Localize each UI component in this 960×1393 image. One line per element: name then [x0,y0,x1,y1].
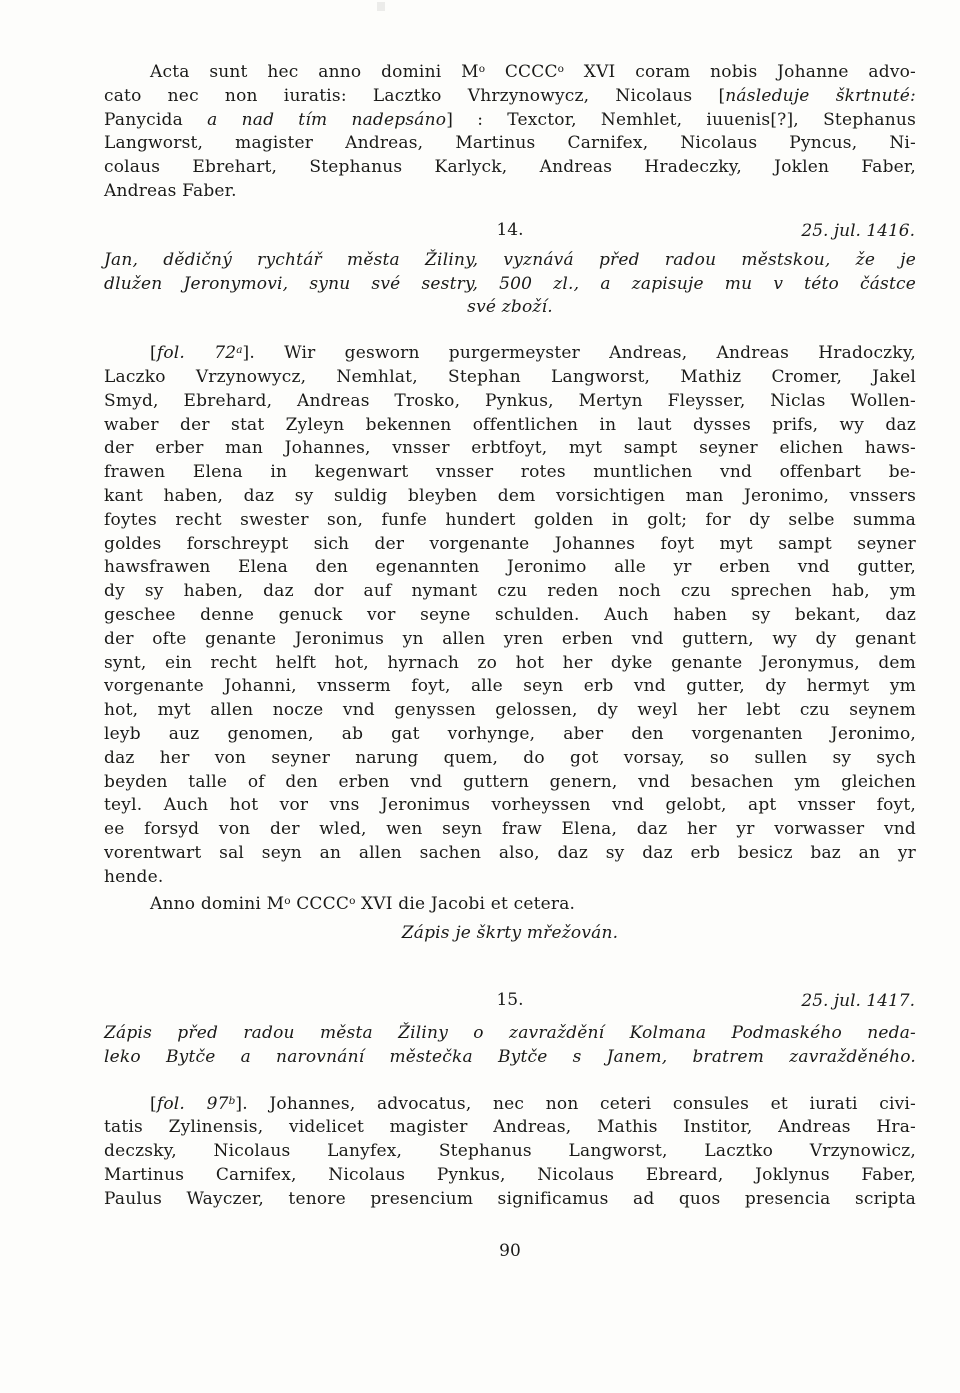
text-line: dy sy haben, daz dor auf nymant czu rede… [104,580,916,604]
text-line: der ofte genante Jeronimus yn allen yren… [104,628,916,652]
text-line: Panycida a nad tím nadepsáno] : Texctor,… [104,109,916,133]
text-line: Zápis před radou města Žiliny o zavraždě… [104,1022,916,1046]
text-line: beyden talle of den erben vnd guttern ge… [104,771,916,795]
text-line: ee forsyd von der wled, wen seyn fraw El… [104,818,916,842]
entry14-headnote: Jan, dědičný rychtář města Žiliny, vyzná… [104,249,916,320]
page-number-text: 90 [499,1241,521,1261]
text-line: Paulus Wayczer, tenore presencium signif… [104,1188,916,1212]
entry15-header: 15. 25. jul. 1417. [104,990,916,1014]
text-line: Langworst, magister Andreas, Martinus Ca… [104,132,916,156]
text-line: teyl. Auch hot vor vns Jeronimus vorheys… [104,794,916,818]
text-line: vorentwart sal seyn an allen sachen also… [104,842,916,866]
text-line: kant haben, daz sy suldig bleyben dem vo… [104,485,916,509]
text-column: Acta sunt hec anno domini Mo CCCCo XVI c… [104,58,916,1263]
entry15-headnote: Zápis před radou města Žiliny o zavraždě… [104,1022,916,1070]
page-number: 90 [104,1240,916,1264]
text-line: hende. [104,866,916,890]
text-line: goldes forschreypt sich der vorgenante J… [104,533,916,557]
text-line: Zápis je škrty mřežován. [104,922,916,946]
paragraph-entry13-continuation: Acta sunt hec anno domini Mo CCCCo XVI c… [104,58,916,204]
text-line: Laczko Vrzynowycz, Nemhlat, Stephan Lang… [104,366,916,390]
text-line: der erber man Johannes, vnsser erbtfoyt,… [104,437,916,461]
text-line: hawsfrawen Elena den egenannten Jeronimo… [104,556,916,580]
text-line: cato nec non iuratis: Lacztko Vhrzynowyc… [104,85,916,109]
entry14-body: [fol. 72a]. Wir gesworn purgermeyster An… [104,339,916,916]
text-line: své zboží. [104,296,916,320]
text-line: tatis Zylinensis, videlicet magister And… [104,1116,916,1140]
text-line: Jan, dědičný rychtář města Žiliny, vyzná… [104,249,916,273]
book-page: Acta sunt hec anno domini Mo CCCCo XVI c… [0,0,960,1393]
text-line: hot, myt allen nocze vnd genyssen geloss… [104,699,916,723]
text-line: [fol. 97b]. Johannes, advocatus, nec non… [104,1090,916,1117]
text-line: leyb auz genomen, ab gat vorhynge, aber … [104,723,916,747]
scan-artifact [377,2,385,11]
text-line: dlužen Jeronymovi, synu své sestry, 500 … [104,273,916,297]
entry15-date: 25. jul. 1417. [801,991,915,1011]
text-line: Smyd, Ebrehard, Andreas Trosko, Pynkus, … [104,390,916,414]
entry14-date: 25. jul. 1416. [801,221,915,241]
text-line: Andreas Faber. [104,180,916,204]
entry14-header: 14. 25. jul. 1416. [104,220,916,244]
entry14-number: 14. [104,220,916,240]
text-line: Martinus Carnifex, Nicolaus Pynkus, Nico… [104,1164,916,1188]
text-line: daz her von seyner narung quem, do got v… [104,747,916,771]
text-line: [fol. 72a]. Wir gesworn purgermeyster An… [104,339,916,366]
text-line: leko Bytče a narovnání městečka Bytče s … [104,1046,916,1070]
entry14-closing-note: Zápis je škrty mřežován. [104,922,916,946]
text-line: Anno domini Mo CCCCo XVI die Jacobi et c… [104,890,916,917]
text-line: deczsky, Nicolaus Lanyfex, Stephanus Lan… [104,1140,916,1164]
text-line: vorgenante Johanni, vnsserm foyt, alle s… [104,675,916,699]
entry15-number: 15. [104,990,916,1010]
text-line: synt, ein recht helft hot, hyrnach zo ho… [104,652,916,676]
text-line: geschee denne genuck vor seyne schulden.… [104,604,916,628]
text-line: Acta sunt hec anno domini Mo CCCCo XVI c… [104,58,916,85]
text-line: colaus Ebrehart, Stephanus Karlyck, Andr… [104,156,916,180]
text-line: foytes recht swester son, funfe hundert … [104,509,916,533]
text-line: frawen Elena in kegenwart vnsser rotes m… [104,461,916,485]
entry15-body: [fol. 97b]. Johannes, advocatus, nec non… [104,1090,916,1212]
text-line: waber der stat Zyleyn bekennen offentlic… [104,414,916,438]
